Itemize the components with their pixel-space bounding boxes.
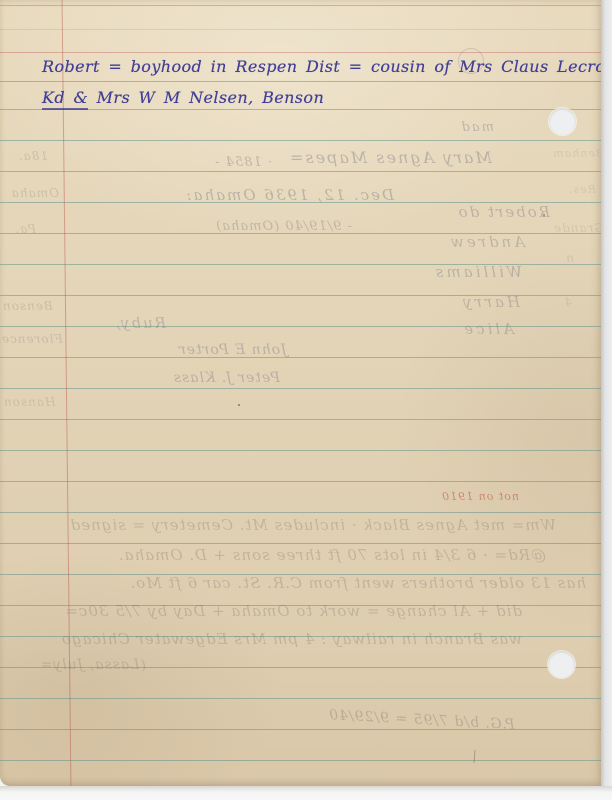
- margin-bleed-text: n: [560, 251, 574, 265]
- ink-bleed-text: Williams: [418, 263, 522, 281]
- ink-bleed-text: - 9/19/40 (Omaha): [210, 219, 352, 234]
- ink-bleed-text: · 1854 -: [210, 155, 272, 170]
- ink-bleed-text: Ruby,: [106, 314, 166, 332]
- margin-bleed-text: 18a.: [4, 149, 48, 163]
- margin-bleed-text: Pa.: [4, 222, 36, 236]
- ink-bleed-text: Dec. 12, 1936 Omaha:: [166, 186, 394, 204]
- ink-bleed-text: Harry: [452, 293, 520, 311]
- margin-bleed-text: Grande: [548, 221, 604, 235]
- ink-bleed-text: John E Porter: [178, 342, 287, 358]
- margin-bleed-text: Res.: [556, 183, 596, 196]
- scanner-edge-bottom: [0, 786, 612, 800]
- pencil-bleed-text: was Branch in railway : 4 pm Mrs Edgewat…: [28, 630, 522, 648]
- punch-hole-bottom: [548, 651, 575, 678]
- paper-speck: [543, 214, 545, 217]
- pencil-bleed-text: (Lassa, July=: [34, 657, 146, 673]
- margin-bleed-text: Hanson: [3, 395, 55, 409]
- ink-bleed-text: Alice: [452, 320, 514, 338]
- margin-bleed-text: Benham: [552, 147, 604, 160]
- margin-bleed-text: 4: [560, 295, 572, 309]
- scanner-edge-right: [601, 0, 612, 800]
- ink-bleed-text: Robert do: [424, 203, 550, 221]
- margin-bleed-text: Florence: [1, 332, 63, 346]
- pencil-bleed-text: did + Al change = work to Omaha + Day by…: [34, 602, 522, 620]
- ink-bleed-text: Andrew: [440, 233, 525, 251]
- ink-bleed-text: Peter J. Klass: [172, 370, 280, 386]
- bleedthrough-layer: mad· 1854 -Mary Agnes Mapes=Dec. 12, 193…: [0, 0, 602, 786]
- pencil-bleed-text: has 13 older brothers went from C.R. St.…: [28, 574, 586, 592]
- pencil-bleed-text: @Rd= · 6 3/4 in lots 70 ft three sons + …: [54, 546, 546, 564]
- ink-bleed-text: mad: [458, 120, 494, 135]
- paper-speck: [238, 404, 240, 406]
- pencil-bleed-text: Wm= met Agnes Black · includes Mt. Cemet…: [56, 516, 556, 534]
- red-bleed-text: not on 1910: [424, 490, 519, 503]
- margin-bleed-text: Omaha: [3, 186, 59, 200]
- scanned-page: Robert = boyhood in Respen Dist = cousin…: [0, 0, 612, 800]
- notebook-paper: Robert = boyhood in Respen Dist = cousin…: [0, 0, 602, 786]
- margin-bleed-text: Benson: [2, 299, 53, 313]
- pencil-bleed-text: P.G. b/d 7/95 = 9/29/40: [328, 707, 515, 733]
- punch-hole-top: [549, 108, 576, 135]
- ink-bleed-text: Mary Agnes Mapes=: [288, 148, 492, 167]
